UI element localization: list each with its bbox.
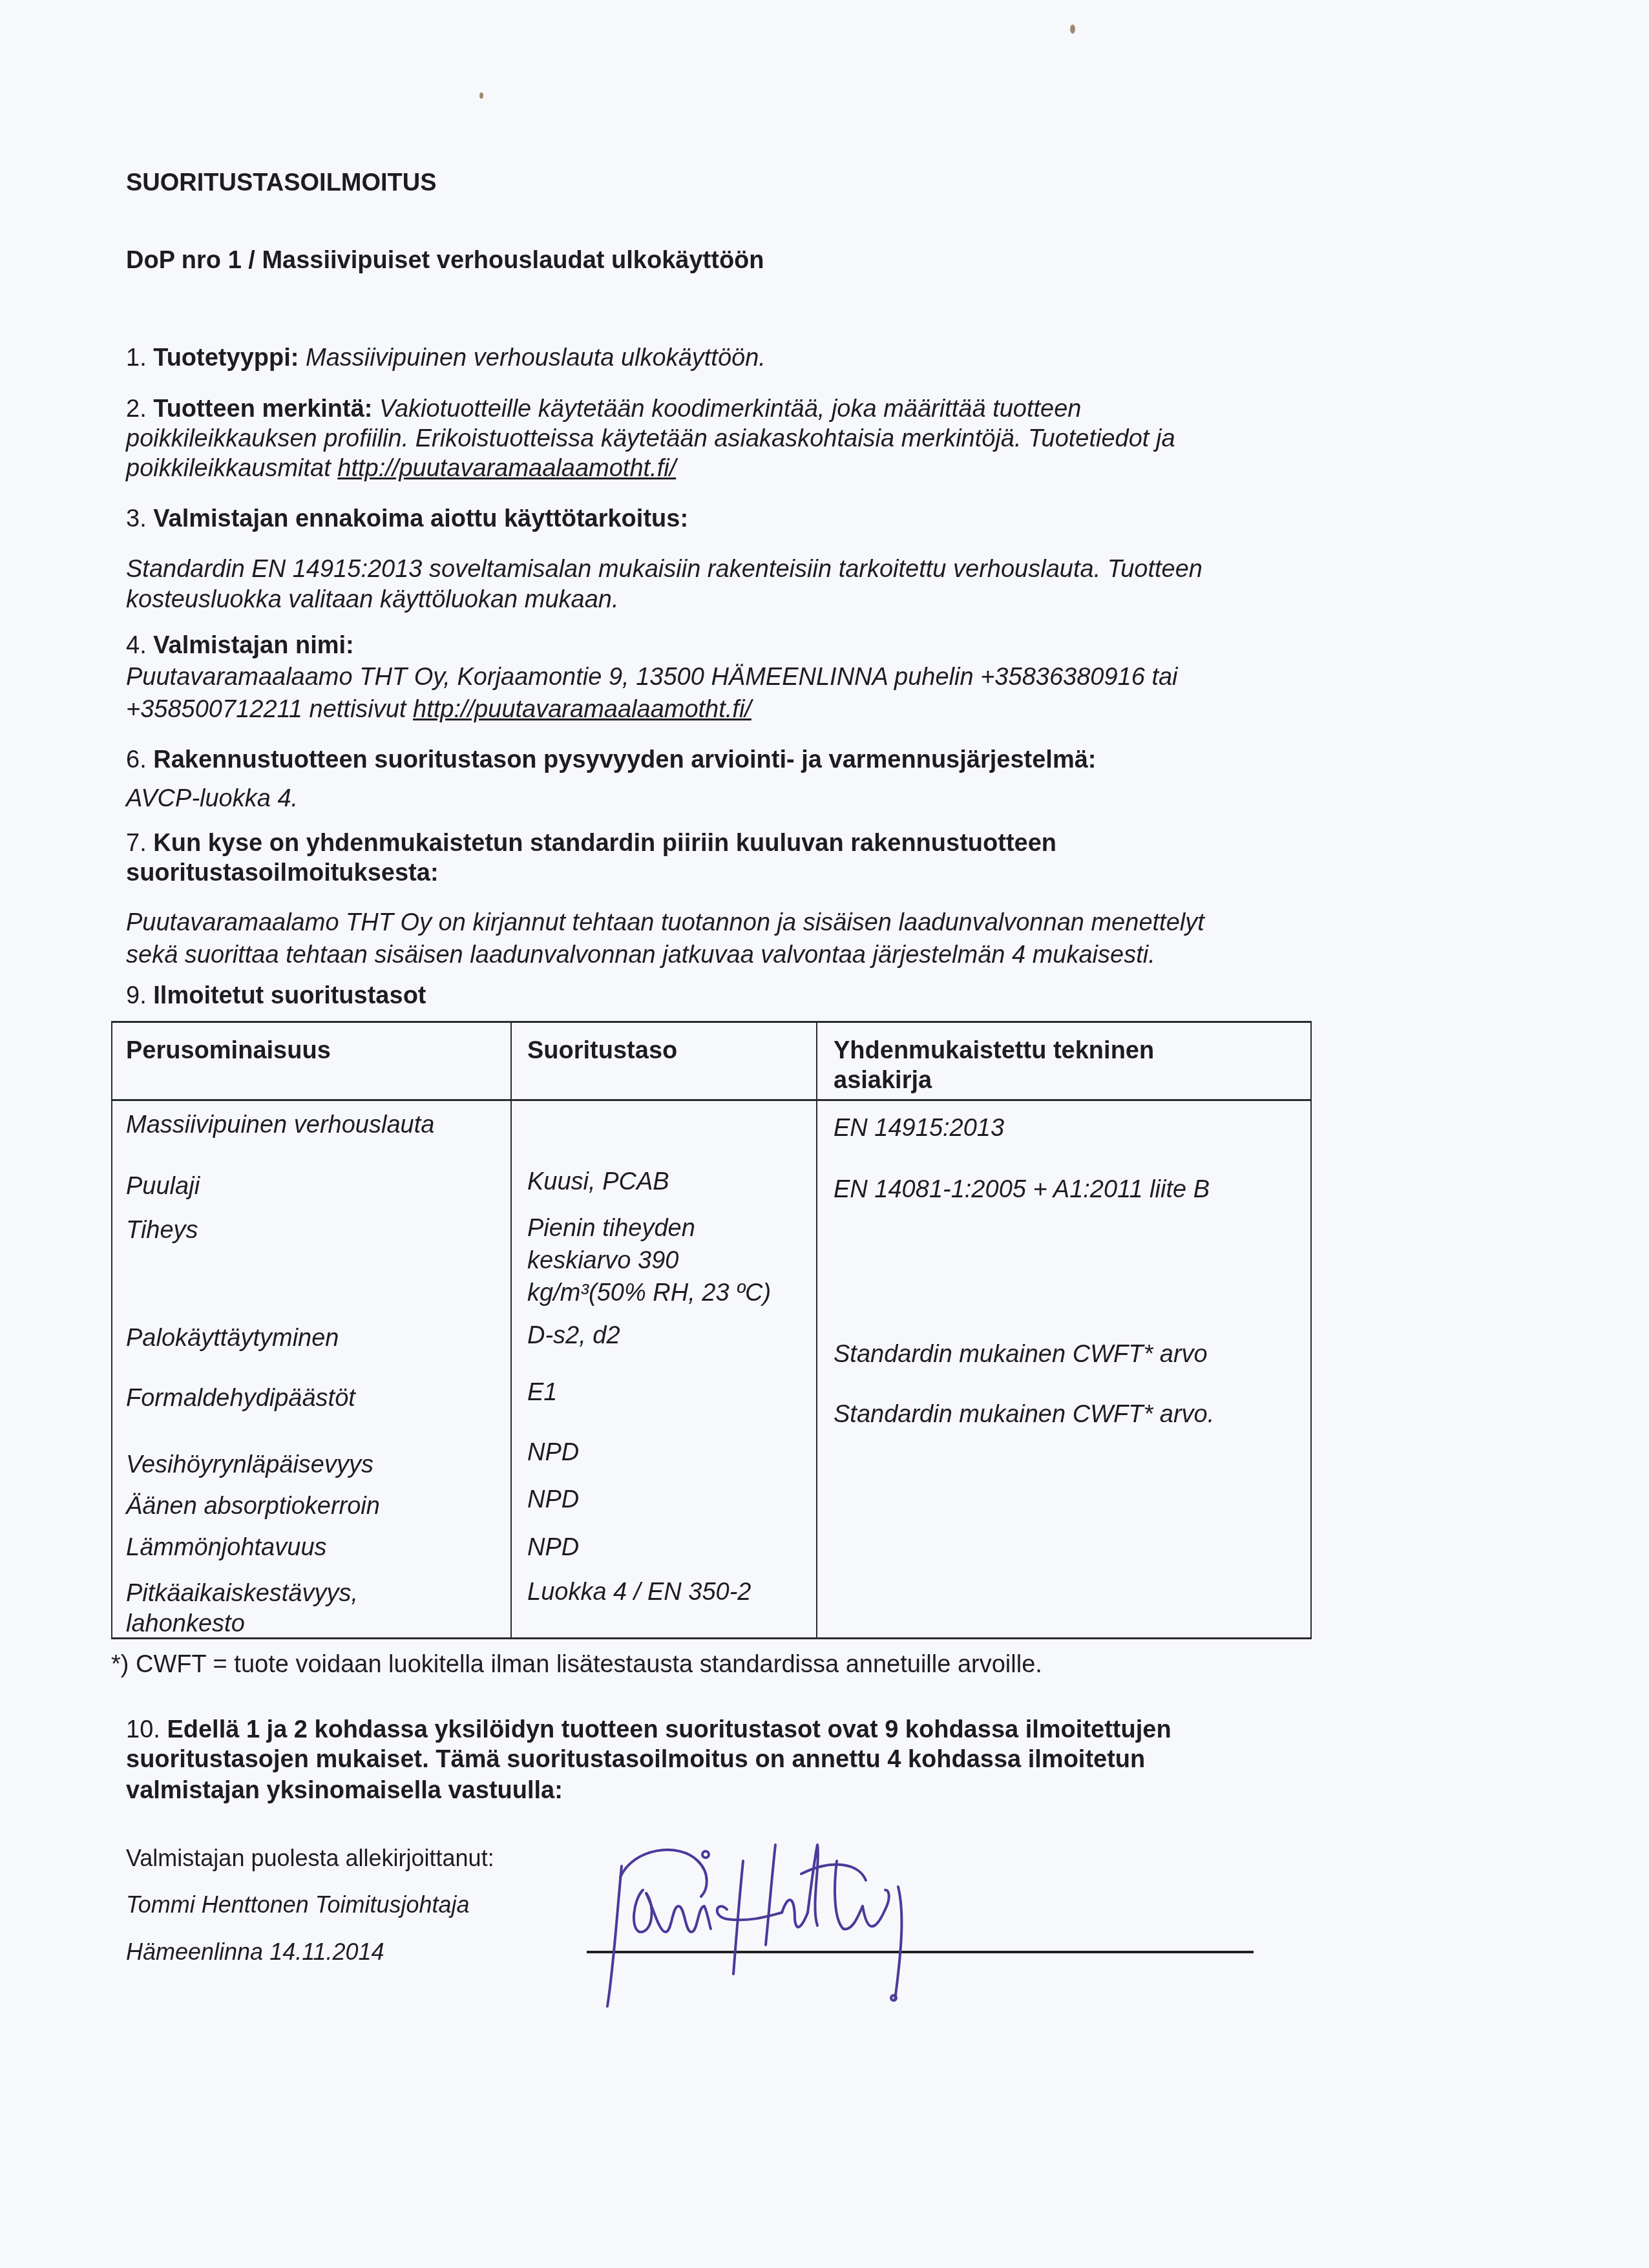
item-number: 6.: [126, 746, 147, 773]
table-header-performance: Suoritustaso: [527, 1037, 677, 1065]
table-header-spec-line2: asiakirja: [834, 1067, 932, 1095]
table-cell-property: Puulaji: [126, 1173, 200, 1201]
item-number: 2.: [126, 395, 147, 423]
table-cell-property: Tiheys: [126, 1217, 198, 1244]
website-link[interactable]: http://puutavaramaalaamotht.fi/: [413, 696, 751, 723]
table-cell-property: Vesihöyrynläpäisevyys: [126, 1451, 373, 1479]
item-7-heading-line2: suoritustasoilmoituksesta:: [126, 859, 439, 887]
item-2-text-line3: poikkileikkausmitat http://puutavaramaal…: [126, 455, 676, 483]
table-cell-performance: E1: [527, 1379, 557, 1407]
table-border-right: [1310, 1021, 1312, 1639]
item-10-line1: 10. Edellä 1 ja 2 kohdassa yksilöidyn tu…: [126, 1716, 1171, 1744]
item-label: Valmistajan ennakoima aiottu käyttötarko…: [153, 505, 688, 532]
item-6-text: AVCP-luokka 4.: [126, 785, 298, 813]
item-text: Massiivipuinen verhouslauta ulkokäyttöön…: [306, 344, 766, 372]
item-number: 7.: [126, 830, 147, 857]
item-label: Rakennustuotteen suoritustason pysyvyyde…: [153, 746, 1096, 773]
item-2-text-line2: poikkileikkauksen profiilin. Erikoistuot…: [126, 425, 1175, 453]
scan-speck: [479, 92, 483, 99]
item-9-heading: 9. Ilmoitetut suoritustasot: [126, 982, 426, 1010]
item-text: Edellä 1 ja 2 kohdassa yksilöidyn tuotte…: [167, 1716, 1171, 1743]
item-3-heading: 3. Valmistajan ennakoima aiottu käyttöta…: [126, 505, 688, 533]
table-cell-performance: Kuusi, PCAB: [527, 1168, 669, 1196]
item-label: Valmistajan nimi:: [153, 632, 353, 659]
item-7-text-line1: Puutavaramaalamo THT Oy on kirjannut teh…: [126, 909, 1204, 937]
item-label: Kun kyse on yhdenmukaistetun standardin …: [153, 830, 1056, 857]
table-border-bottom: [111, 1637, 1312, 1639]
item-number: 1.: [126, 344, 147, 372]
handwritten-signature-icon: [582, 1835, 1292, 2042]
item-10-line2: suoritustasojen mukaiset. Tämä suoritust…: [126, 1746, 1145, 1774]
table-cell-performance: NPD: [527, 1439, 579, 1467]
table-cell-property: Massiivipuinen verhouslauta: [126, 1111, 434, 1139]
table-cell-property: lahonkesto: [126, 1610, 245, 1638]
document-title: SUORITUSTASOILMOITUS: [126, 169, 437, 197]
item-label: Tuotetyyppi:: [153, 344, 299, 372]
website-link[interactable]: http://puutavaramaalaamotht.fi/: [337, 455, 676, 482]
table-cell-performance: NPD: [527, 1534, 579, 1562]
table-cell-spec: EN 14081-1:2005 + A1:2011 liite B: [834, 1176, 1210, 1204]
table-header-divider: [111, 1099, 1312, 1101]
item-text: poikkileikkausmitat: [126, 455, 331, 482]
item-number: 4.: [126, 632, 147, 659]
item-10-line3: valmistajan yksinomaisella vastuulla:: [126, 1777, 563, 1805]
table-cell-spec: EN 14915:2013: [834, 1115, 1004, 1142]
table-cell-performance: Luokka 4 / EN 350-2: [527, 1579, 751, 1606]
item-6-heading: 6. Rakennustuotteen suoritustason pysyvy…: [126, 746, 1096, 774]
table-cell-property: Palokäyttäytyminen: [126, 1325, 339, 1352]
item-3-text-line1: Standardin EN 14915:2013 soveltamisalan …: [126, 556, 1203, 583]
table-cell-property: Lämmönjohtavuus: [126, 1534, 327, 1562]
table-header-spec-line1: Yhdenmukaistettu tekninen: [834, 1037, 1154, 1065]
item-1: 1. Tuotetyyppi: Massiivipuinen verhousla…: [126, 344, 766, 372]
item-4-text-line1: Puutavaramaalaamo THT Oy, Korjaamontie 9…: [126, 664, 1178, 691]
table-cell-spec: Standardin mukainen CWFT* arvo: [834, 1341, 1208, 1369]
scan-speck: [1070, 25, 1075, 34]
item-label: Tuotteen merkintä:: [153, 395, 372, 423]
item-7-heading: 7. Kun kyse on yhdenmukaistetun standard…: [126, 830, 1056, 857]
table-cell-property: Pitkäaikaiskestävyys,: [126, 1580, 358, 1608]
item-3-text-line2: kosteusluokka valitaan käyttöluokan muka…: [126, 586, 619, 614]
item-4-heading: 4. Valmistajan nimi:: [126, 632, 354, 660]
item-4-text-line2: +358500712211 nettisivut http://puutavar…: [126, 696, 751, 724]
item-7-text-line2: sekä suorittaa tehtaan sisäisen laadunva…: [126, 941, 1155, 969]
table-cell-performance: Pienin tiheyden: [527, 1215, 695, 1243]
item-number: 9.: [126, 982, 147, 1009]
signature-place-date: Hämeenlinna 14.11.2014: [126, 1938, 384, 1966]
table-border-left: [111, 1021, 112, 1639]
item-text: Vakiotuotteille käytetään koodimerkintää…: [379, 395, 1081, 423]
item-number: 10.: [126, 1716, 160, 1743]
item-label: Ilmoitetut suoritustasot: [153, 982, 426, 1009]
table-border-top: [111, 1021, 1312, 1023]
table-cell-property: Äänen absorptiokerroin: [126, 1493, 380, 1520]
table-col-divider-1: [510, 1021, 512, 1639]
table-col-divider-2: [816, 1021, 817, 1639]
item-number: 3.: [126, 505, 147, 532]
signer-name-title: Tommi Henttonen Toimitusjohtaja: [126, 1891, 470, 1918]
signed-by-label: Valmistajan puolesta allekirjoittanut:: [126, 1845, 494, 1872]
table-header-property: Perusominaisuus: [126, 1037, 331, 1065]
table-cell-performance: D-s2, d2: [527, 1322, 620, 1350]
table-footnote: *) CWFT = tuote voidaan luokitella ilman…: [111, 1651, 1042, 1679]
document-subtitle: DoP nro 1 / Massiivipuiset verhouslaudat…: [126, 247, 764, 275]
table-cell-performance: keskiarvo 390: [527, 1247, 678, 1275]
table-cell-performance: NPD: [527, 1486, 579, 1514]
table-cell-performance: kg/m³(50% RH, 23 ºC): [527, 1279, 771, 1307]
item-2: 2. Tuotteen merkintä: Vakiotuotteille kä…: [126, 395, 1082, 423]
item-text: +358500712211 nettisivut: [126, 696, 406, 723]
table-cell-property: Formaldehydipäästöt: [126, 1385, 355, 1412]
table-cell-spec: Standardin mukainen CWFT* arvo.: [834, 1401, 1214, 1429]
